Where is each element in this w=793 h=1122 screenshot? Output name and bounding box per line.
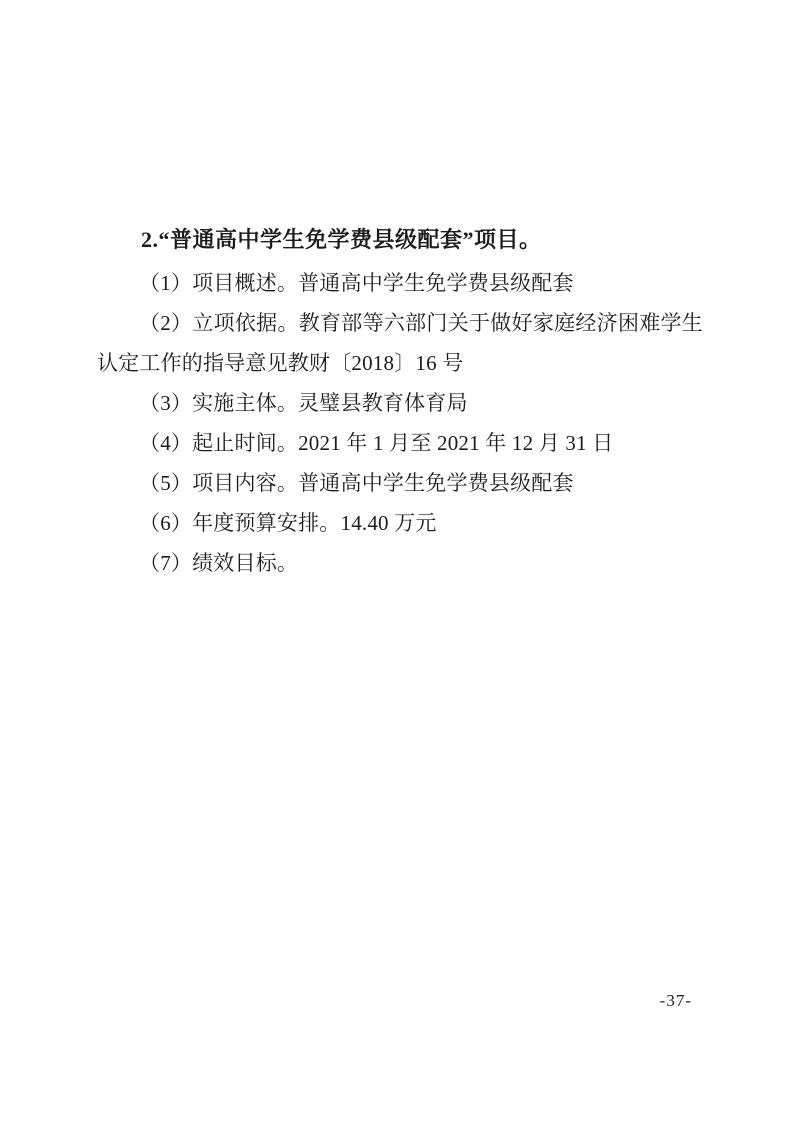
document-body: 2.“普通高中学生免学费县级配套”项目。 （1）项目概述。普通高中学生免学费县级… [97,219,703,583]
document-page: 2.“普通高中学生免学费县级配套”项目。 （1）项目概述。普通高中学生免学费县级… [0,0,793,1122]
paragraph-implementing-body: （3）实施主体。灵璧县教育体育局 [97,383,703,423]
paragraph-annual-budget: （6）年度预算安排。14.40 万元 [97,503,703,543]
paragraph-time-period: （4）起止时间。2021 年 1 月至 2021 年 12 月 31 日 [97,423,703,463]
section-heading: 2.“普通高中学生免学费县级配套”项目。 [97,219,703,261]
paragraph-project-overview: （1）项目概述。普通高中学生免学费县级配套 [97,263,703,303]
page-number: -37- [660,991,692,1011]
paragraph-project-basis: （2）立项依据。教育部等六部门关于做好家庭经济困难学生认定工作的指导意见教财〔2… [97,303,703,383]
paragraph-performance-target: （7）绩效目标。 [97,543,703,583]
paragraph-project-content: （5）项目内容。普通高中学生免学费县级配套 [97,463,703,503]
